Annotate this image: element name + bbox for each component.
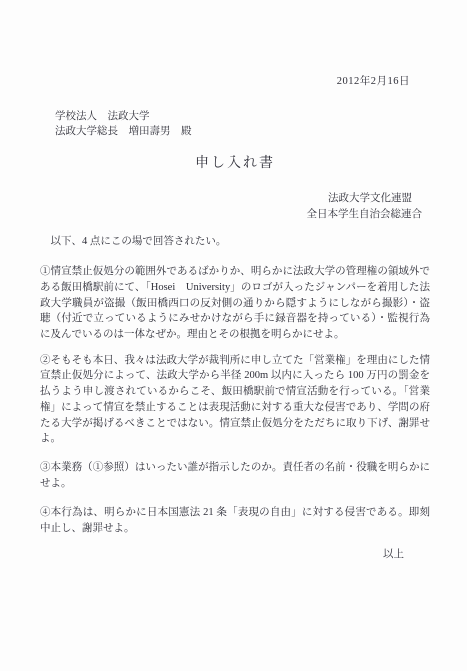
- document-title: 申し入れ書: [40, 155, 430, 173]
- recipient-line-president: 法政大学総長 増田壽男 殿: [55, 124, 430, 140]
- date-line: 2012年2月16日: [40, 74, 430, 90]
- recipient-line-organization: 学校法人 法政大学: [55, 109, 430, 125]
- paragraph-4-demand: ④本行為は、明らかに日本国憲法 21 条「表現の自由」に対する侵害である。即刻中…: [40, 505, 430, 536]
- sender-block: 法政大学文化連盟 全日本学生自治会総連合: [40, 191, 430, 222]
- paragraph-2-demand: ②そもそも本日、我々は法政大学が裁判所に申し立てた「営業権」を理由にした情宣禁止…: [40, 353, 430, 447]
- sender-line-bunka-renmei: 法政大学文化連盟: [40, 191, 422, 207]
- paragraph-1-demand: ①情宣禁止仮処分の範囲外であるばかりか、明らかに法政大学の管理権の領域外である飯…: [40, 264, 430, 343]
- intro-line: 以下、4 点にこの場で回答されたい。: [40, 234, 430, 250]
- recipient-block: 学校法人 法政大学 法政大学総長 増田壽男 殿: [40, 109, 430, 140]
- closing-line: 以上: [40, 547, 430, 563]
- document-page: 2012年2月16日 学校法人 法政大学 法政大学総長 増田壽男 殿 申し入れ書…: [0, 0, 467, 671]
- sender-line-zengakuren: 全日本学生自治会総連合: [40, 207, 422, 223]
- paragraph-3-demand: ③本業務（①参照）はいったい誰が指示したのか。責任者の名前・役職を明らかにせよ。: [40, 460, 430, 491]
